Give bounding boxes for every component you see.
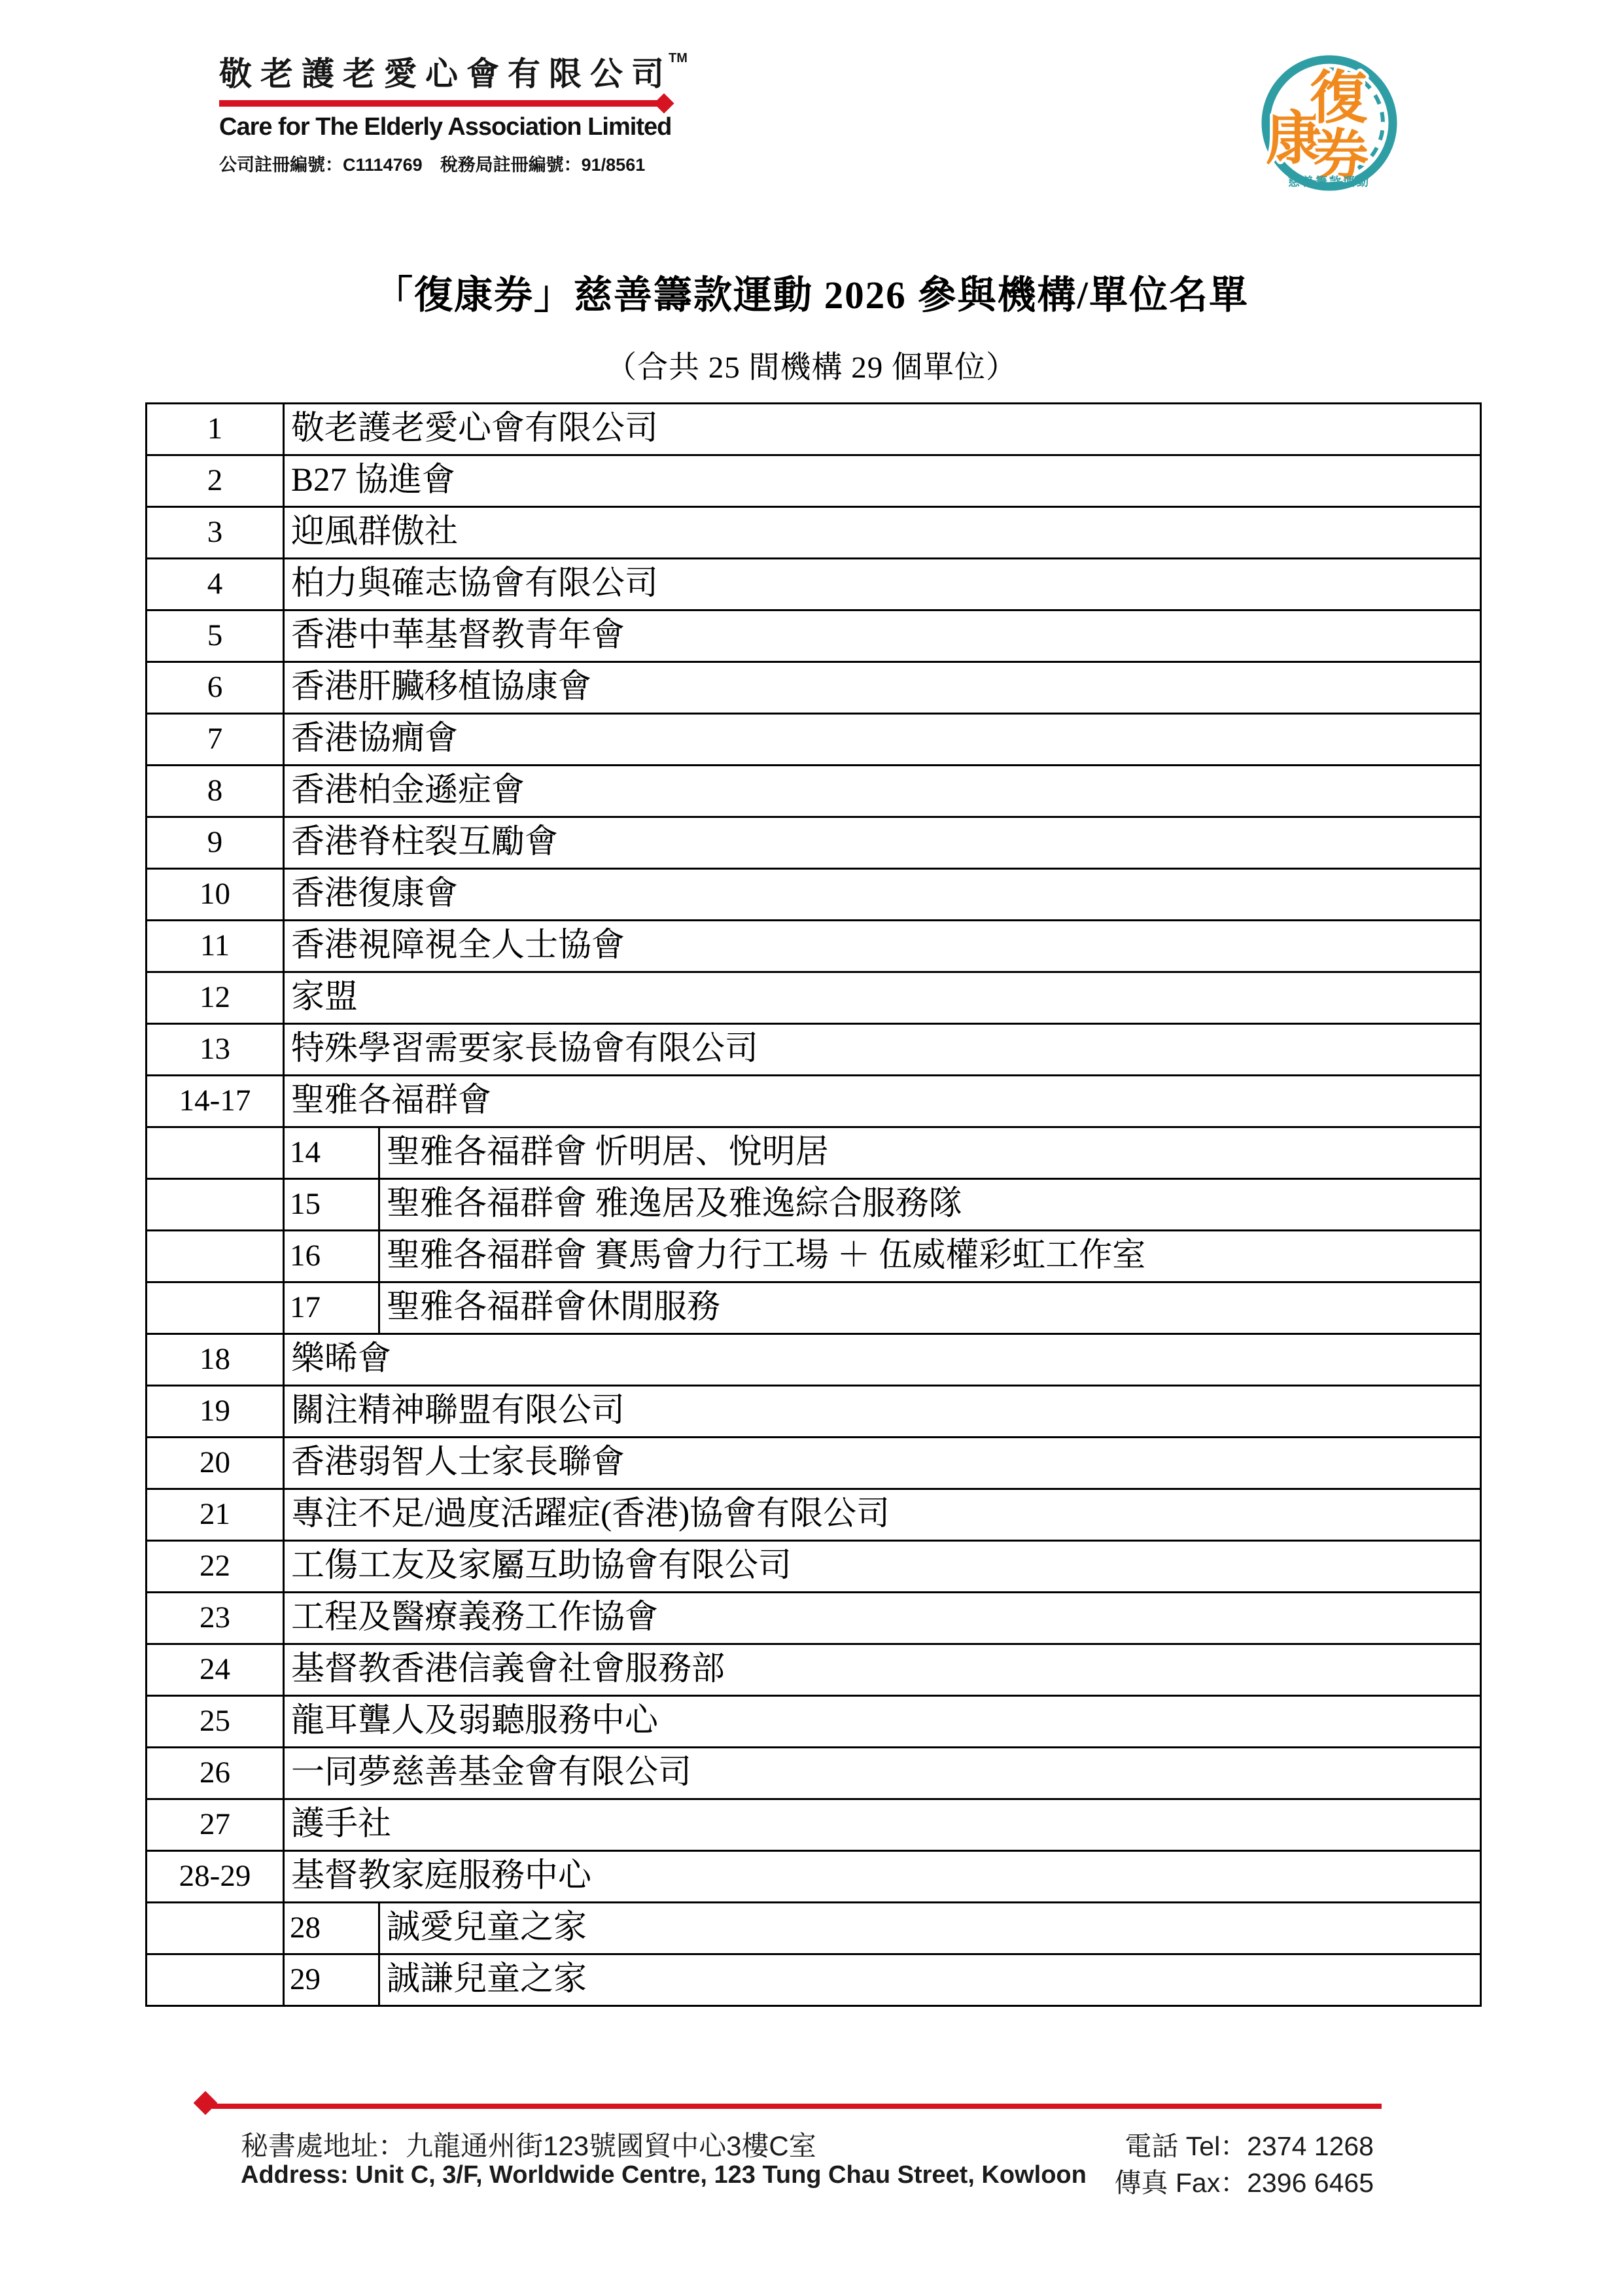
table-row: 13特殊學習需要家長協會有限公司 [147, 1024, 1481, 1076]
row-number: 6 [147, 662, 284, 714]
row-number: 14-17 [147, 1076, 284, 1127]
row-number: 28-29 [147, 1851, 284, 1903]
row-number: 7 [147, 714, 284, 766]
org-name: 迎風群傲社 [284, 507, 1481, 559]
org-name: 誠謙兒童之家 [379, 1954, 1481, 2006]
org-name: 香港中華基督教青年會 [284, 610, 1481, 662]
table-row: 24基督教香港信義會社會服務部 [147, 1644, 1481, 1696]
header-logo: 敬老護老愛心會有限公司TM Care for The Elderly Assoc… [219, 56, 716, 176]
org-name: 聖雅各福群會 雅逸居及雅逸綜合服務隊 [379, 1179, 1481, 1231]
table-row: 18樂晞會 [147, 1334, 1481, 1386]
row-number: 5 [147, 610, 284, 662]
table-row: 9香港脊柱裂互勵會 [147, 817, 1481, 869]
table-row: 29誠謙兒童之家 [147, 1954, 1481, 2006]
org-name: 基督教家庭服務中心 [284, 1851, 1481, 1903]
org-table-body: 1敬老護老愛心會有限公司2B27 協進會3迎風群傲社4柏力與確志協會有限公司5香… [147, 404, 1481, 2006]
table-row: 5香港中華基督教青年會 [147, 610, 1481, 662]
table-row: 28-29基督教家庭服務中心 [147, 1851, 1481, 1903]
footer-rule [212, 2104, 1382, 2109]
org-name: 香港柏金遜症會 [284, 766, 1481, 817]
rehab-voucher-badge: 康 復 券 慈善籌款運動 [1257, 50, 1401, 196]
org-name: 誠愛兒童之家 [379, 1903, 1481, 1954]
org-name: 香港協癇會 [284, 714, 1481, 766]
page: 敬老護老愛心會有限公司TM Care for The Elderly Assoc… [0, 0, 1623, 2296]
trademark-mark: TM [669, 51, 688, 65]
table-row: 22工傷工友及家屬互助協會有限公司 [147, 1541, 1481, 1593]
org-name: 工程及醫療義務工作協會 [284, 1593, 1481, 1644]
row-number: 24 [147, 1644, 284, 1696]
org-name: 特殊學習需要家長協會有限公司 [284, 1024, 1481, 1076]
row-number: 26 [147, 1748, 284, 1799]
table-row: 11香港視障視全人士協會 [147, 921, 1481, 972]
table-row: 19關注精神聯盟有限公司 [147, 1386, 1481, 1438]
page-title: 「復康券」慈善籌款運動 2026 參與機構/單位名單 [0, 264, 1623, 319]
table-row: 1敬老護老愛心會有限公司 [147, 404, 1481, 455]
org-name: 聖雅各福群會 [284, 1076, 1481, 1127]
row-number: 23 [147, 1593, 284, 1644]
row-spacer-cell [147, 1282, 284, 1334]
org-name: 龍耳聾人及弱聽服務中心 [284, 1696, 1481, 1748]
registration-numbers: 公司註冊編號：C1114769 稅務局註冊編號：91/8561 [219, 150, 716, 176]
org-name-zh-text: 敬老護老愛心會有限公司 [219, 56, 672, 92]
row-number: 20 [147, 1438, 284, 1489]
table-row: 17聖雅各福群會休閒服務 [147, 1282, 1481, 1334]
footer-address-en: Address: Unit C, 3/F, Worldwide Centre, … [241, 2161, 1087, 2189]
row-number: 18 [147, 1334, 284, 1386]
row-number: 29 [284, 1954, 379, 2006]
table-row: 14聖雅各福群會 忻明居、悅明居 [147, 1127, 1481, 1179]
table-row: 26一同夢慈善基金會有限公司 [147, 1748, 1481, 1799]
org-name: 敬老護老愛心會有限公司 [284, 404, 1481, 455]
table-row: 15聖雅各福群會 雅逸居及雅逸綜合服務隊 [147, 1179, 1481, 1231]
row-number: 17 [284, 1282, 379, 1334]
org-table: 1敬老護老愛心會有限公司2B27 協進會3迎風群傲社4柏力與確志協會有限公司5香… [145, 402, 1482, 2007]
footer-fax: 傳真 Fax：2396 6465 [1114, 2161, 1374, 2200]
row-number: 1 [147, 404, 284, 455]
page-subtitle: （合共 25 間機構 29 個單位） [0, 343, 1623, 387]
row-number: 4 [147, 559, 284, 610]
footer-address-zh: 秘書處地址：九龍通州街123號國貿中心3樓C室 [241, 2125, 816, 2164]
row-number: 28 [284, 1903, 379, 1954]
diamond-right-icon [654, 93, 674, 113]
table-row: 23工程及醫療義務工作協會 [147, 1593, 1481, 1644]
row-spacer-cell [147, 1127, 284, 1179]
org-name: 樂晞會 [284, 1334, 1481, 1386]
org-name: 聖雅各福群會休閒服務 [379, 1282, 1481, 1334]
table-row: 8香港柏金遜症會 [147, 766, 1481, 817]
org-name: 工傷工友及家屬互助協會有限公司 [284, 1541, 1481, 1593]
row-number: 21 [147, 1489, 284, 1541]
org-name-zh: 敬老護老愛心會有限公司TM [219, 56, 716, 92]
org-name: 一同夢慈善基金會有限公司 [284, 1748, 1481, 1799]
row-spacer-cell [147, 1954, 284, 2006]
row-spacer-cell [147, 1903, 284, 1954]
row-number: 14 [284, 1127, 379, 1179]
org-name: 香港肝臟移植協康會 [284, 662, 1481, 714]
table-row: 3迎風群傲社 [147, 507, 1481, 559]
row-number: 22 [147, 1541, 284, 1593]
org-name-en: Care for The Elderly Association Limited [219, 113, 716, 141]
org-name: 香港弱智人士家長聯會 [284, 1438, 1481, 1489]
table-row: 21專注不足/過度活躍症(香港)協會有限公司 [147, 1489, 1481, 1541]
table-row: 25龍耳聾人及弱聽服務中心 [147, 1696, 1481, 1748]
org-name: 聖雅各福群會 忻明居、悅明居 [379, 1127, 1481, 1179]
org-name: B27 協進會 [284, 455, 1481, 507]
row-spacer-cell [147, 1231, 284, 1282]
row-number: 9 [147, 817, 284, 869]
row-number: 12 [147, 972, 284, 1024]
table-row: 4柏力與確志協會有限公司 [147, 559, 1481, 610]
org-name: 護手社 [284, 1799, 1481, 1851]
badge-graphic: 康 復 券 慈善籌款運動 [1257, 50, 1401, 196]
row-number: 27 [147, 1799, 284, 1851]
org-name: 基督教香港信義會社會服務部 [284, 1644, 1481, 1696]
row-number: 15 [284, 1179, 379, 1231]
table-row: 7香港協癇會 [147, 714, 1481, 766]
org-name: 關注精神聯盟有限公司 [284, 1386, 1481, 1438]
badge-caption: 慈善籌款運動 [1288, 175, 1370, 188]
row-number: 2 [147, 455, 284, 507]
row-number: 8 [147, 766, 284, 817]
footer-tel: 電話 Tel：2374 1268 [1125, 2125, 1374, 2163]
row-spacer-cell [147, 1179, 284, 1231]
row-number: 25 [147, 1696, 284, 1748]
org-name: 聖雅各福群會 賽馬會力行工場 ＋ 伍威權彩虹工作室 [379, 1231, 1481, 1282]
table-row: 12家盟 [147, 972, 1481, 1024]
table-row: 20香港弱智人士家長聯會 [147, 1438, 1481, 1489]
table-row: 2B27 協進會 [147, 455, 1481, 507]
row-number: 13 [147, 1024, 284, 1076]
org-name: 柏力與確志協會有限公司 [284, 559, 1481, 610]
row-number: 11 [147, 921, 284, 972]
row-number: 3 [147, 507, 284, 559]
table-row: 10香港復康會 [147, 869, 1481, 921]
row-number: 19 [147, 1386, 284, 1438]
diamond-left-icon [194, 2091, 218, 2115]
row-number: 16 [284, 1231, 379, 1282]
table-row: 28誠愛兒童之家 [147, 1903, 1481, 1954]
org-name: 香港視障視全人士協會 [284, 921, 1481, 972]
badge-char-top: 復 [1310, 65, 1367, 130]
brand-underline [219, 100, 664, 107]
org-name: 專注不足/過度活躍症(香港)協會有限公司 [284, 1489, 1481, 1541]
org-name: 家盟 [284, 972, 1481, 1024]
table-row: 6香港肝臟移植協康會 [147, 662, 1481, 714]
table-row: 14-17聖雅各福群會 [147, 1076, 1481, 1127]
table-row: 27護手社 [147, 1799, 1481, 1851]
org-name: 香港脊柱裂互勵會 [284, 817, 1481, 869]
table-row: 16聖雅各福群會 賽馬會力行工場 ＋ 伍威權彩虹工作室 [147, 1231, 1481, 1282]
row-number: 10 [147, 869, 284, 921]
org-name: 香港復康會 [284, 869, 1481, 921]
